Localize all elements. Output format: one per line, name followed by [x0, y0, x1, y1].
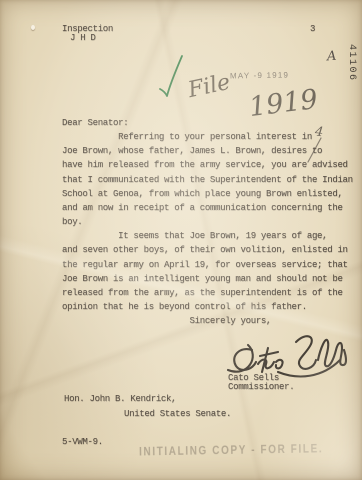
handwritten-letter-note: A — [326, 49, 336, 65]
signer-title: Commissioner. — [228, 382, 294, 392]
green-checkmark-icon — [156, 53, 186, 101]
letter-page: Inspection J H D 3 MAY -9 1919 File 1919… — [0, 0, 362, 480]
recipient-name: Hon. John B. Kendrick, — [64, 394, 176, 404]
initialing-copy-stamp: INITIALING COPY - FOR FILE. — [139, 443, 323, 459]
staple-hole — [31, 25, 35, 30]
inspector-initials: J H D — [70, 33, 96, 43]
handwritten-file-note: File — [186, 70, 233, 103]
date-received-stamp: MAY -9 1919 — [230, 70, 289, 80]
vertical-file-number: 41106 — [346, 44, 357, 82]
page-number: 3 — [310, 24, 315, 34]
reference-code: 5-VWM-9. — [62, 437, 103, 447]
letter-body: Dear Senator: Referring to your personal… — [62, 116, 353, 328]
recipient-org: United States Senate. — [124, 409, 231, 419]
